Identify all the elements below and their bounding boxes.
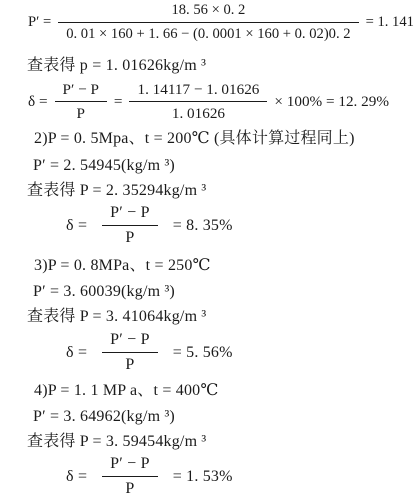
case-2-conditions: 2)P = 0. 5Mpa、t = 200℃ (具体计算过程同上): [34, 126, 355, 152]
fraction-numerator: P′ − P: [102, 204, 158, 226]
delta-formula-1: δ = P′ − P P = 1. 14117 − 1. 01626 1. 01…: [28, 81, 389, 123]
lookup-density-4: 查表得 P = 3. 59454kg/m ³: [27, 429, 206, 455]
delta-formula-3: δ = P′ − P P = 5. 56%: [66, 331, 233, 375]
lookup-density-3: 查表得 P = 3. 41064kg/m ³: [27, 304, 206, 330]
fraction-numerator: P′ − P: [55, 81, 107, 102]
p-prime-2: P′ = 2. 54945(kg/m ³): [33, 153, 175, 179]
delta-lhs: δ =: [28, 93, 48, 110]
fraction-denominator: P: [102, 477, 158, 498]
fraction-denominator: 0. 01 × 160 + 1. 66 − (0. 0001 × 160 + 0…: [58, 23, 358, 43]
fraction-numerator: 18. 56 × 0. 2: [58, 2, 358, 23]
delta-result: = 1. 53%: [173, 468, 233, 486]
delta-lhs: δ =: [66, 468, 87, 486]
p-prime-4: P′ = 3. 64962(kg/m ³): [33, 404, 175, 430]
lookup-density-1: 查表得 p = 1. 01626kg/m ³: [27, 53, 206, 79]
fraction-1: 18. 56 × 0. 2 0. 01 × 160 + 1. 66 − (0. …: [58, 2, 358, 43]
fraction: P′ − P P: [102, 455, 158, 498]
fraction-denominator: P: [102, 226, 158, 247]
case-3-conditions: 3)P = 0. 8MPa、t = 250℃: [34, 253, 211, 279]
delta-result: = 5. 56%: [173, 344, 233, 362]
document-page: { "doc": { "line1": { "lhs": "P′ =", "nu…: [0, 0, 414, 498]
formula-p-prime-1: P′ = 18. 56 × 0. 2 0. 01 × 160 + 1. 66 −…: [28, 2, 414, 43]
fraction-numerator: P′ − P: [102, 331, 158, 353]
delta-result: × 100% = 12. 29%: [274, 93, 389, 110]
fraction-numerator: P′ − P: [102, 455, 158, 477]
delta-result: = 8. 35%: [173, 217, 233, 235]
fraction: P′ − P P: [102, 331, 158, 375]
fraction-denominator: P: [55, 102, 107, 122]
fraction-symbolic: P′ − P P: [55, 81, 107, 123]
p-prime-3: P′ = 3. 60039(kg/m ³): [33, 279, 175, 305]
delta-lhs: δ =: [66, 344, 87, 362]
delta-lhs: δ =: [66, 217, 87, 235]
fraction-numerator: 1. 14117 − 1. 01626: [129, 81, 267, 102]
case-4-conditions: 4)P = 1. 1 MP a、t = 400℃: [34, 378, 218, 404]
fraction-denominator: 1. 01626: [129, 102, 267, 122]
fraction-numeric: 1. 14117 − 1. 01626 1. 01626: [129, 81, 267, 123]
fraction-denominator: P: [102, 353, 158, 374]
p-prime-lhs: P′ =: [28, 14, 51, 31]
fraction: P′ − P P: [102, 204, 158, 248]
p-prime-result: = 1. 14117(kg/m³): [366, 14, 414, 31]
delta-formula-2: δ = P′ − P P = 8. 35%: [66, 204, 233, 248]
delta-formula-4: δ = P′ − P P = 1. 53%: [66, 455, 233, 498]
lookup-density-2: 查表得 P = 2. 35294kg/m ³: [27, 178, 206, 204]
equals-sign: =: [114, 93, 123, 110]
